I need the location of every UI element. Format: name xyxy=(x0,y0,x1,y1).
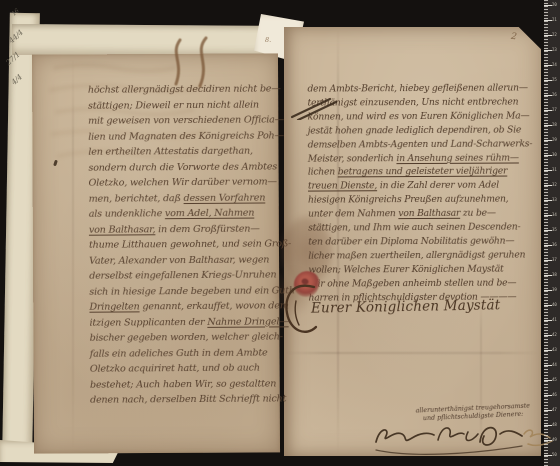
manuscript-line: itzigen Supplicanten der Nahme Dringel— xyxy=(89,314,295,331)
ruler-tick xyxy=(544,350,552,351)
ruler-label: 30 xyxy=(552,153,557,157)
ruler-tick xyxy=(544,155,552,156)
ruler-label: 38 xyxy=(552,273,557,277)
manuscript-line: unter dem Nahmen von Balthasar zu be— xyxy=(308,207,533,222)
ruler-label: 24 xyxy=(552,63,557,67)
ruler-tick xyxy=(544,230,552,231)
double-slash-mark xyxy=(290,96,340,120)
ruler-tick xyxy=(544,245,552,246)
ruler-label: 28 xyxy=(552,123,557,127)
manuscript-line: hiesigen Königreichs Preußen aufzunehmen… xyxy=(308,193,533,208)
manuscript-line: können, und wird es von Euren Königliche… xyxy=(308,109,533,124)
folio-mark: 8. xyxy=(265,36,271,44)
manuscript-line: dem Ambts-Bericht, hiebey gefleißenen al… xyxy=(307,81,532,96)
ruler-label: 21 xyxy=(552,18,557,22)
initial-flourish xyxy=(282,281,318,337)
ruler-label: 36 xyxy=(552,243,557,247)
right-page-text-block: dem Ambts-Bericht, hiebey gefleißenen al… xyxy=(307,81,533,305)
ruler-tick xyxy=(544,290,552,291)
manuscript-line: Oletzko, welchen Wir darüber vernom— xyxy=(89,174,295,191)
ink-bleedthrough xyxy=(45,54,270,174)
manuscript-line: treuen Dienste, in die Zahl derer vom Ad… xyxy=(308,179,533,194)
ruler-label: 32 xyxy=(552,183,557,187)
manuscript-line: falls ein adeliches Guth in dem Ambte xyxy=(90,345,296,362)
ruler-tick xyxy=(544,215,552,216)
ruler-tick xyxy=(544,395,552,396)
manuscript-line: thume Litthauen gewohnet, und sein Groß- xyxy=(89,236,295,253)
ruler-label: 42 xyxy=(552,333,557,337)
ruler-label: 47 xyxy=(552,408,557,412)
manuscript-line: bestehet; Auch haben Wir, so gestaltten xyxy=(90,376,296,393)
ruler-tick xyxy=(544,455,552,456)
manuscript-line: von Balthasar, in dem Großfürsten— xyxy=(89,221,295,238)
flourish-bleed xyxy=(166,36,220,90)
ruler-tick xyxy=(544,410,552,411)
manuscript-line: lichen betragens und geleisteter vieljäh… xyxy=(308,165,533,180)
signature-scrawls xyxy=(372,416,557,460)
ruler-tick xyxy=(544,110,552,111)
manuscript-line: als undenkliche vom Adel, Nahmen xyxy=(89,205,295,222)
ruler-label: 20 xyxy=(552,3,557,7)
ruler-label: 50 xyxy=(552,453,557,457)
ruler-label: 25 xyxy=(552,78,557,82)
ruler-label: 35 xyxy=(552,228,557,232)
manuscript-line: men, berichtet, daß dessen Vorfahren xyxy=(89,190,295,207)
manuscript-line: demselben Ambts-Agenten und Land-Scharwe… xyxy=(308,137,533,152)
ruler-tick xyxy=(544,425,552,426)
ruler-tick xyxy=(544,200,552,201)
ruler-label: 49 xyxy=(552,438,557,442)
ruler-tick xyxy=(544,380,552,381)
ruler-tick xyxy=(544,140,552,141)
ruler-label: 34 xyxy=(552,213,557,217)
ruler-label: 33 xyxy=(552,198,557,202)
ruler-tick xyxy=(544,440,552,441)
ruler-label: 37 xyxy=(552,258,557,262)
manuscript-line: Meister, sonderlich in Ansehung seines r… xyxy=(308,151,533,166)
ruler-label: 43 xyxy=(552,348,557,352)
ruler-label: 40 xyxy=(552,303,557,307)
ruler-tick xyxy=(544,305,552,306)
manuscript-line: Vater, Alexander von Balthasar, wegen xyxy=(89,252,295,269)
undersheet-top-edge xyxy=(12,24,290,57)
ruler-tick xyxy=(544,5,552,6)
ruler-tick xyxy=(544,185,552,186)
manuscript-line: Wir ohne Maßgeben anheimb stellen und be… xyxy=(308,276,533,291)
archival-document-scan: 1644/427/14/4 8. höchst allergnädigst de… xyxy=(0,0,560,466)
manuscript-line: bischer gegeben worden, welcher gleich- xyxy=(90,329,296,346)
ruler-tick xyxy=(544,170,552,171)
ruler-label: 39 xyxy=(552,288,557,292)
manuscript-line: stättigen, und Ihm wie auch seinen Desce… xyxy=(308,220,533,235)
manuscript-line: Oletzko acquiriret hatt, und ob auch xyxy=(90,360,296,377)
ruler-tick xyxy=(544,320,552,321)
ruler-label: 48 xyxy=(552,423,557,427)
ruler-tick xyxy=(544,95,552,96)
manuscript-line: wollen; Welches Eurer Königlichen Maystä… xyxy=(308,262,533,277)
ruler-label: 41 xyxy=(552,318,557,322)
ruler-tick xyxy=(544,20,552,21)
manuscript-line: licher maßen zuertheilen, allergnädigst … xyxy=(308,248,533,263)
fold-crease xyxy=(286,352,538,354)
ruler-tick xyxy=(544,80,552,81)
ruler-label: 27 xyxy=(552,108,557,112)
ruler-label: 26 xyxy=(552,93,557,97)
ruler-tick xyxy=(544,65,552,66)
manuscript-line: terthänigst einzusenden, Uns nicht entbr… xyxy=(307,95,532,110)
ruler-label: 46 xyxy=(552,393,557,397)
ruler-label: 44 xyxy=(552,363,557,367)
ruler-label: 45 xyxy=(552,378,557,382)
address-line: Eurer Königlichen Maystät xyxy=(311,297,501,316)
measurement-ruler: 2021222324252627282930313233343536373839… xyxy=(544,0,560,466)
ruler-label: 31 xyxy=(552,168,557,172)
ruler-tick xyxy=(544,275,552,276)
manuscript-line: denen nach, derselben Bitt Schriefft nic… xyxy=(90,391,296,408)
ruler-tick xyxy=(544,260,552,261)
ruler-tick xyxy=(544,365,552,366)
ruler-label: 23 xyxy=(552,48,557,52)
ruler-label: 22 xyxy=(552,33,557,37)
page-number: 2 xyxy=(510,32,517,43)
ruler-tick xyxy=(544,125,552,126)
ruler-tick xyxy=(544,35,552,36)
manuscript-line: jestät hohen gnade lediglich dependiren,… xyxy=(308,123,533,138)
ruler-tick xyxy=(544,335,552,336)
manuscript-line: ten darüber ein Diploma Nobilitatis gewö… xyxy=(308,234,533,249)
ruler-tick xyxy=(544,50,552,51)
ruler-label: 29 xyxy=(552,138,557,142)
